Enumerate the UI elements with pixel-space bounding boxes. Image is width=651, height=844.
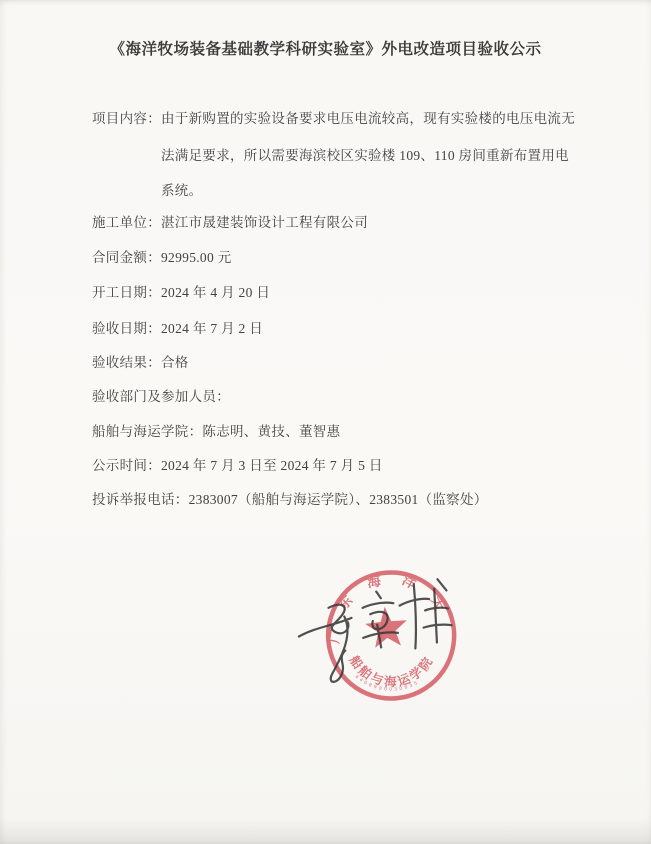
doc-line: 公示时间：2024 年 7 月 3 日至 2024 年 7 月 5 日 [92,454,592,474]
doc-line: 合同金额：92995.00 元 [92,246,592,266]
doc-line: 验收部门及参加人员： [92,385,592,405]
seal-university-name: 广东海洋大学 [284,541,457,650]
doc-line: 船舶与海运学院：陈志明、黄技、董智惠 [92,420,592,440]
official-seal-and-signature: 广东海洋大学 船舶与海运学院 4408900030835 [284,541,510,749]
doc-line: 验收日期：2024 年 7 月 2 日 [92,317,592,337]
svg-text:广东海洋大学: 广东海洋大学 [284,541,457,650]
doc-line: 验收结果：合格 [92,351,592,371]
doc-line: 开工日期：2024 年 4 月 20 日 [92,281,592,301]
page-title: 《海洋牧场装备基础教学科研实验室》外电改造项目验收公示 [0,37,651,59]
doc-line: 系统。 [161,179,651,199]
doc-line: 法满足要求，所以需要海滨校区实验楼 109、110 房间重新布置用电 [161,144,651,164]
doc-line: 投诉举报电话：2383007（船舶与海运学院）、2383501（监察处） [92,488,592,508]
doc-line: 项目内容：由于新购置的实验设备要求电压电流较高，现有实验楼的电压电流无 [92,107,592,127]
scanned-notice-page: 《海洋牧场装备基础教学科研实验室》外电改造项目验收公示 项目内容：由于新购置的实… [0,0,651,844]
seal-star-icon [364,605,409,648]
doc-line: 施工单位：湛江市晟建装饰设计工程有限公司 [92,211,592,231]
